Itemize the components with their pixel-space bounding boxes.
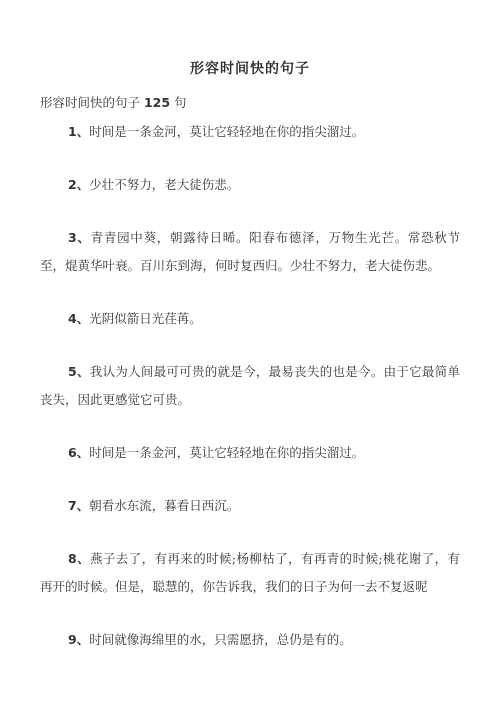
document-page: 形容时间快的句子 形容时间快的句子 125 句 1、时间是一条金河，莫让它轻轻地… xyxy=(0,0,500,708)
item-number: 2、 xyxy=(68,177,89,192)
subtitle-suffix: 句 xyxy=(170,95,186,110)
subtitle-prefix: 形容时间快的句子 xyxy=(40,95,144,110)
document-subtitle: 形容时间快的句子 125 句 xyxy=(40,94,460,112)
item-text: 我认为人间最可可贵的就是今，最易丧失的也是今。由于它最简单丧失，因此更感觉它可贵… xyxy=(40,364,460,407)
item-number: 4、 xyxy=(68,311,89,326)
item-number: 6、 xyxy=(68,445,89,460)
sentence-list: 1、时间是一条金河，莫让它轻轻地在你的指尖溜过。 2、少壮不努力，老大徒伤悲。 … xyxy=(40,118,460,654)
item-number: 5、 xyxy=(68,364,90,379)
subtitle-count: 125 xyxy=(144,95,170,110)
item-text: 光阴似箭日光荏苒。 xyxy=(89,311,202,326)
item-text: 少壮不努力，老大徒伤悲。 xyxy=(89,177,239,192)
item-text: 时间是一条金河，莫让它轻轻地在你的指尖溜过。 xyxy=(89,445,364,460)
item-number: 3、 xyxy=(68,230,91,245)
sentence-item-8: 8、燕子去了，有再来的时候;杨柳枯了，有再青的时候;桃花谢了，有再开的时候。但是… xyxy=(40,545,460,601)
sentence-item-2: 2、少壮不努力，老大徒伤悲。 xyxy=(40,171,460,199)
item-text: 燕子去了，有再来的时候;杨柳枯了，有再青的时候;桃花谢了，有再开的时候。但是，聪… xyxy=(40,551,460,594)
item-text: 青青园中葵，朝露待日晞。阳春布德泽，万物生光芒。常恐秋节至，焜黄华叶衰。百川东到… xyxy=(40,230,460,273)
sentence-item-7: 7、朝看水东流，暮看日西沉。 xyxy=(40,492,460,520)
item-number: 9、 xyxy=(68,632,89,647)
item-text: 时间是一条金河，莫让它轻轻地在你的指尖溜过。 xyxy=(89,124,364,139)
page-title: 形容时间快的句子 xyxy=(40,58,460,80)
sentence-item-9: 9、时间就像海绵里的水，只需愿挤，总仍是有的。 xyxy=(40,626,460,654)
item-text: 时间就像海绵里的水，只需愿挤，总仍是有的。 xyxy=(89,632,352,647)
item-number: 1、 xyxy=(68,124,89,139)
sentence-item-3: 3、青青园中葵，朝露待日晞。阳春布德泽，万物生光芒。常恐秋节至，焜黄华叶衰。百川… xyxy=(40,224,460,280)
sentence-item-4: 4、光阴似箭日光荏苒。 xyxy=(40,305,460,333)
sentence-item-1: 1、时间是一条金河，莫让它轻轻地在你的指尖溜过。 xyxy=(40,118,460,146)
item-text: 朝看水东流，暮看日西沉。 xyxy=(89,498,239,513)
item-number: 7、 xyxy=(68,498,89,513)
sentence-item-6: 6、时间是一条金河，莫让它轻轻地在你的指尖溜过。 xyxy=(40,439,460,467)
item-number: 8、 xyxy=(68,551,90,566)
sentence-item-5: 5、我认为人间最可可贵的就是今，最易丧失的也是今。由于它最简单丧失，因此更感觉它… xyxy=(40,358,460,414)
